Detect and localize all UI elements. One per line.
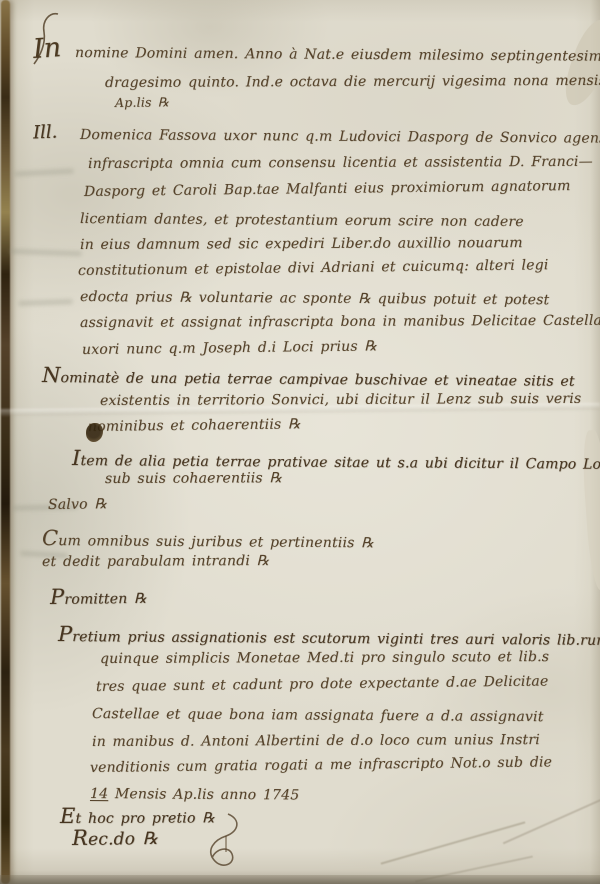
manuscript-line: existentis in territorio Sonvici, ubi di…: [100, 391, 581, 409]
manuscript-line: Pretium prius assignationis est scutorum…: [58, 622, 600, 650]
manuscript-screenshot: In Ill. nomine Domini amen. Anno à Nat.e…: [0, 0, 600, 884]
margin-mark: Ill.: [33, 122, 58, 144]
manuscript-line: Castellae et quae bona iam assignata fue…: [92, 706, 544, 725]
manuscript-line: quinque simplicis Monetae Med.ti pro sin…: [100, 649, 549, 667]
manuscript-line: infrascripta omnia cum consensu licentia…: [88, 154, 593, 172]
manuscript-line: Nominatè de una petia terrae campivae bu…: [42, 363, 575, 391]
binding-edge: [1, 0, 10, 884]
manuscript-line: Item de alia petia terrae prativae sitae…: [72, 446, 600, 474]
manuscript-line: Promitten ℞: [50, 584, 147, 609]
manuscript-line: sub suis cohaerentiis ℞: [105, 470, 282, 487]
manuscript-line: et dedit parabulam intrandi ℞: [42, 553, 269, 570]
final-flourish: [182, 812, 262, 878]
manuscript-line: nominibus et cohaerentiis ℞: [88, 416, 301, 435]
manuscript-line: Rec.do ℞: [72, 825, 158, 850]
manuscript-line: assignavit et assignat infrascripta bona…: [80, 313, 600, 331]
manuscript-line-date: 14 Mensis Ap.lis anno 1745: [90, 786, 300, 803]
manuscript-line: Salvo ℞: [48, 496, 107, 513]
manuscript-line: Cum omnibus suis juribus et pertinentiis…: [42, 526, 374, 552]
manuscript-line: edocta prius ℞ voluntarie ac sponte ℞ qu…: [80, 289, 549, 308]
page-bottom-shadow: [0, 875, 600, 884]
illuminated-initial: In: [32, 32, 62, 65]
manuscript-line: licentiam dantes, et protestantium eorum…: [80, 211, 524, 230]
date-number: 14: [90, 786, 108, 802]
manuscript-line: Ap.lis ℞: [115, 94, 169, 110]
date-rest: Mensis Ap.lis anno 1745: [115, 786, 300, 803]
manuscript-line: dragesimo quinto. Ind.e octava die mercu…: [105, 73, 600, 91]
manuscript-line: in eius damnum sed sic expediri Liber.do…: [80, 235, 523, 253]
manuscript-line: in manibus d. Antoni Albertini de d.o lo…: [92, 732, 540, 750]
